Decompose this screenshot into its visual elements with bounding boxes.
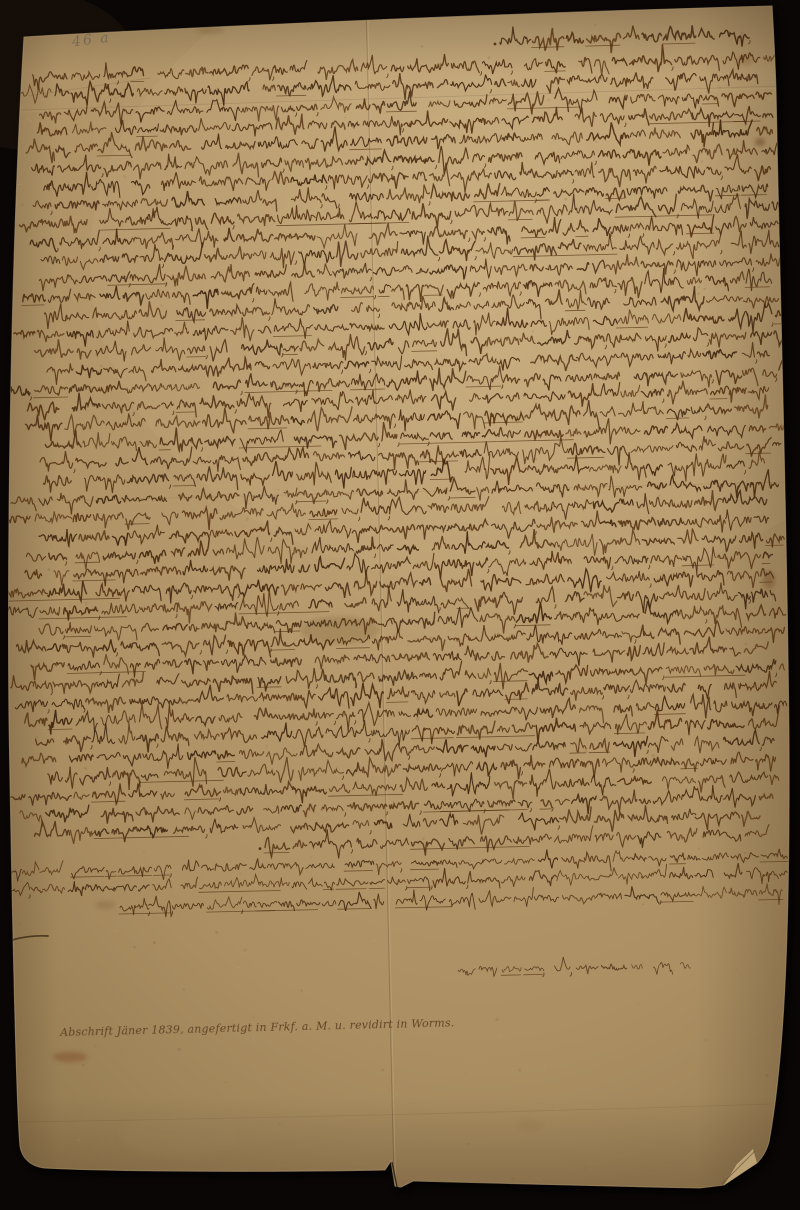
scanned-document: 46 a Abschrift Jäner 1839, angefertigt i… [0, 0, 800, 1210]
